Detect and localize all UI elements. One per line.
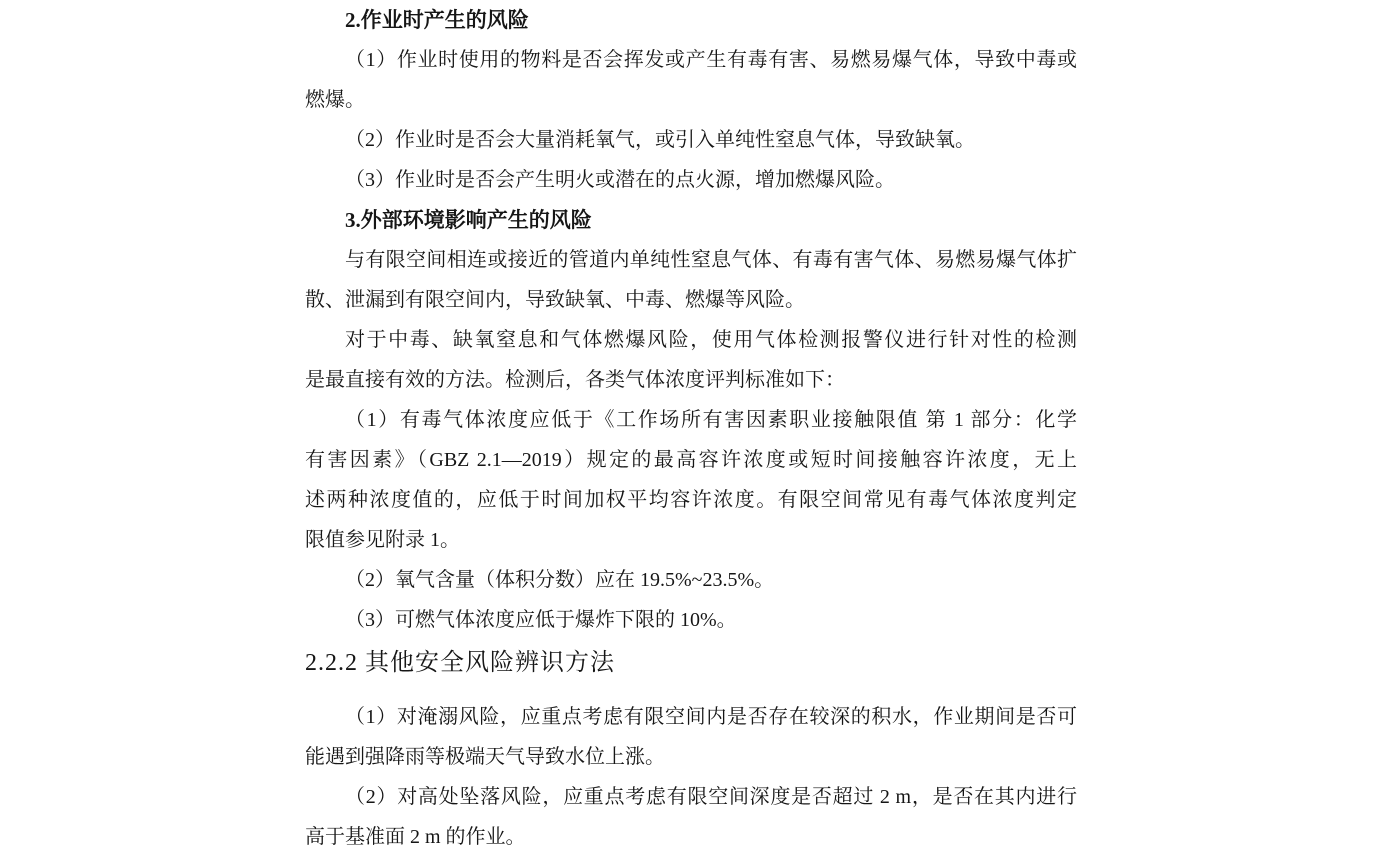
text-line: 是最直接有效的方法。检测后，各类气体浓度评判标准如下： [305, 360, 1077, 400]
text-line: （1）有毒气体浓度应低于《工作场所有害因素职业接触限值 第 1 部分：化学 [305, 400, 1077, 440]
text-line: 对于中毒、缺氧窒息和气体燃爆风险，使用气体检测报警仪进行针对性的检测 [305, 320, 1077, 360]
text-line: （3）可燃气体浓度应低于爆炸下限的 10%。 [305, 600, 1077, 640]
text-line: 高于基准面 2 m 的作业。 [305, 817, 1077, 855]
text-line: （1）对淹溺风险，应重点考虑有限空间内是否存在较深的积水，作业期间是否可 [305, 697, 1077, 737]
text-line: 有害因素》（GBZ 2.1—2019）规定的最高容许浓度或短时间接触容许浓度，无… [305, 440, 1077, 480]
text-line: 述两种浓度值的，应低于时间加权平均容许浓度。有限空间常见有毒气体浓度判定 [305, 480, 1077, 520]
text-line: （1）作业时使用的物料是否会挥发或产生有毒有害、易燃易爆气体，导致中毒或 [305, 40, 1077, 80]
document-page: 2.作业时产生的风险（1）作业时使用的物料是否会挥发或产生有毒有害、易燃易爆气体… [305, 0, 1077, 855]
text-line: （2）对高处坠落风险，应重点考虑有限空间深度是否超过 2 m，是否在其内进行 [305, 777, 1077, 817]
bold-subheading: 2.作业时产生的风险 [305, 0, 1077, 40]
text-line: （2）氧气含量（体积分数）应在 19.5%~23.5%。 [305, 560, 1077, 600]
text-line: 限值参见附录 1。 [305, 520, 1077, 560]
section-heading: 2.2.2 其他安全风险辨识方法 [305, 641, 1077, 685]
text-line: 与有限空间相连或接近的管道内单纯性窒息气体、有毒有害气体、易燃易爆气体扩 [305, 240, 1077, 280]
text-line: （2）作业时是否会大量消耗氧气，或引入单纯性窒息气体，导致缺氧。 [305, 120, 1077, 160]
text-line: 能遇到强降雨等极端天气导致水位上涨。 [305, 737, 1077, 777]
text-line: 散、泄漏到有限空间内，导致缺氧、中毒、燃爆等风险。 [305, 280, 1077, 320]
bold-subheading: 3.外部环境影响产生的风险 [305, 200, 1077, 240]
text-line: 燃爆。 [305, 80, 1077, 120]
text-line: （3）作业时是否会产生明火或潜在的点火源，增加燃爆风险。 [305, 160, 1077, 200]
